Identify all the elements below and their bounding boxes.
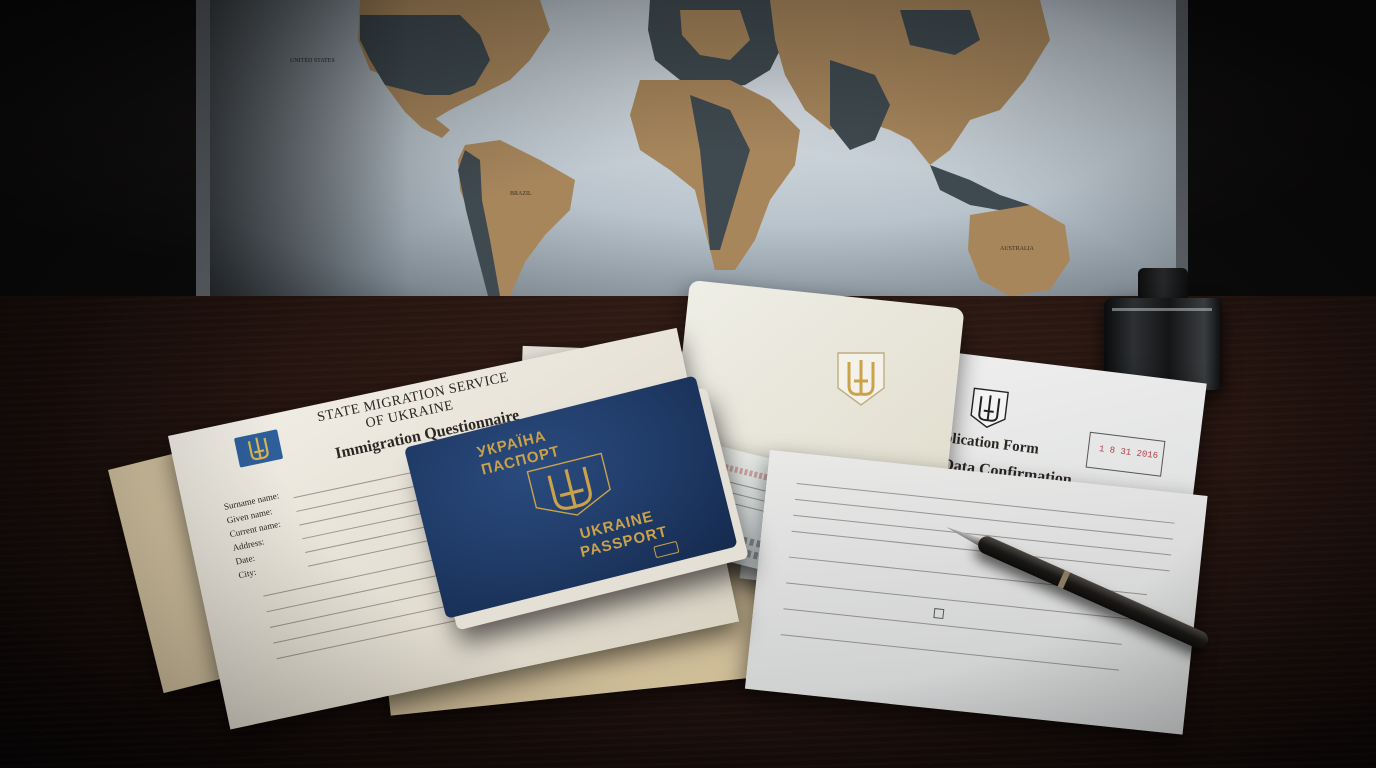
stamp-date: 1 8 31 2016	[1098, 444, 1158, 461]
field-label-city: City:	[237, 567, 257, 581]
trident-blue-icon	[234, 429, 283, 467]
trident-gold-icon	[834, 350, 888, 408]
map-shadow	[210, 0, 410, 296]
svg-text:AUSTRALIA: AUSTRALIA	[1000, 246, 1035, 252]
biometric-chip-icon	[653, 541, 679, 558]
trident-icon	[966, 385, 1013, 432]
svg-text:BRAZIL: BRAZIL	[510, 191, 532, 197]
date-stamp: 1 8 31 2016	[1086, 432, 1166, 477]
field-label-address: Address:	[232, 536, 265, 552]
biometric-form-sheet	[745, 450, 1208, 735]
checkbox[interactable]	[933, 608, 944, 619]
photo-scene: UNITED STATES BRAZIL AUSTRALIA Visa Visa…	[0, 0, 1376, 768]
field-label-date: Date:	[235, 553, 256, 567]
